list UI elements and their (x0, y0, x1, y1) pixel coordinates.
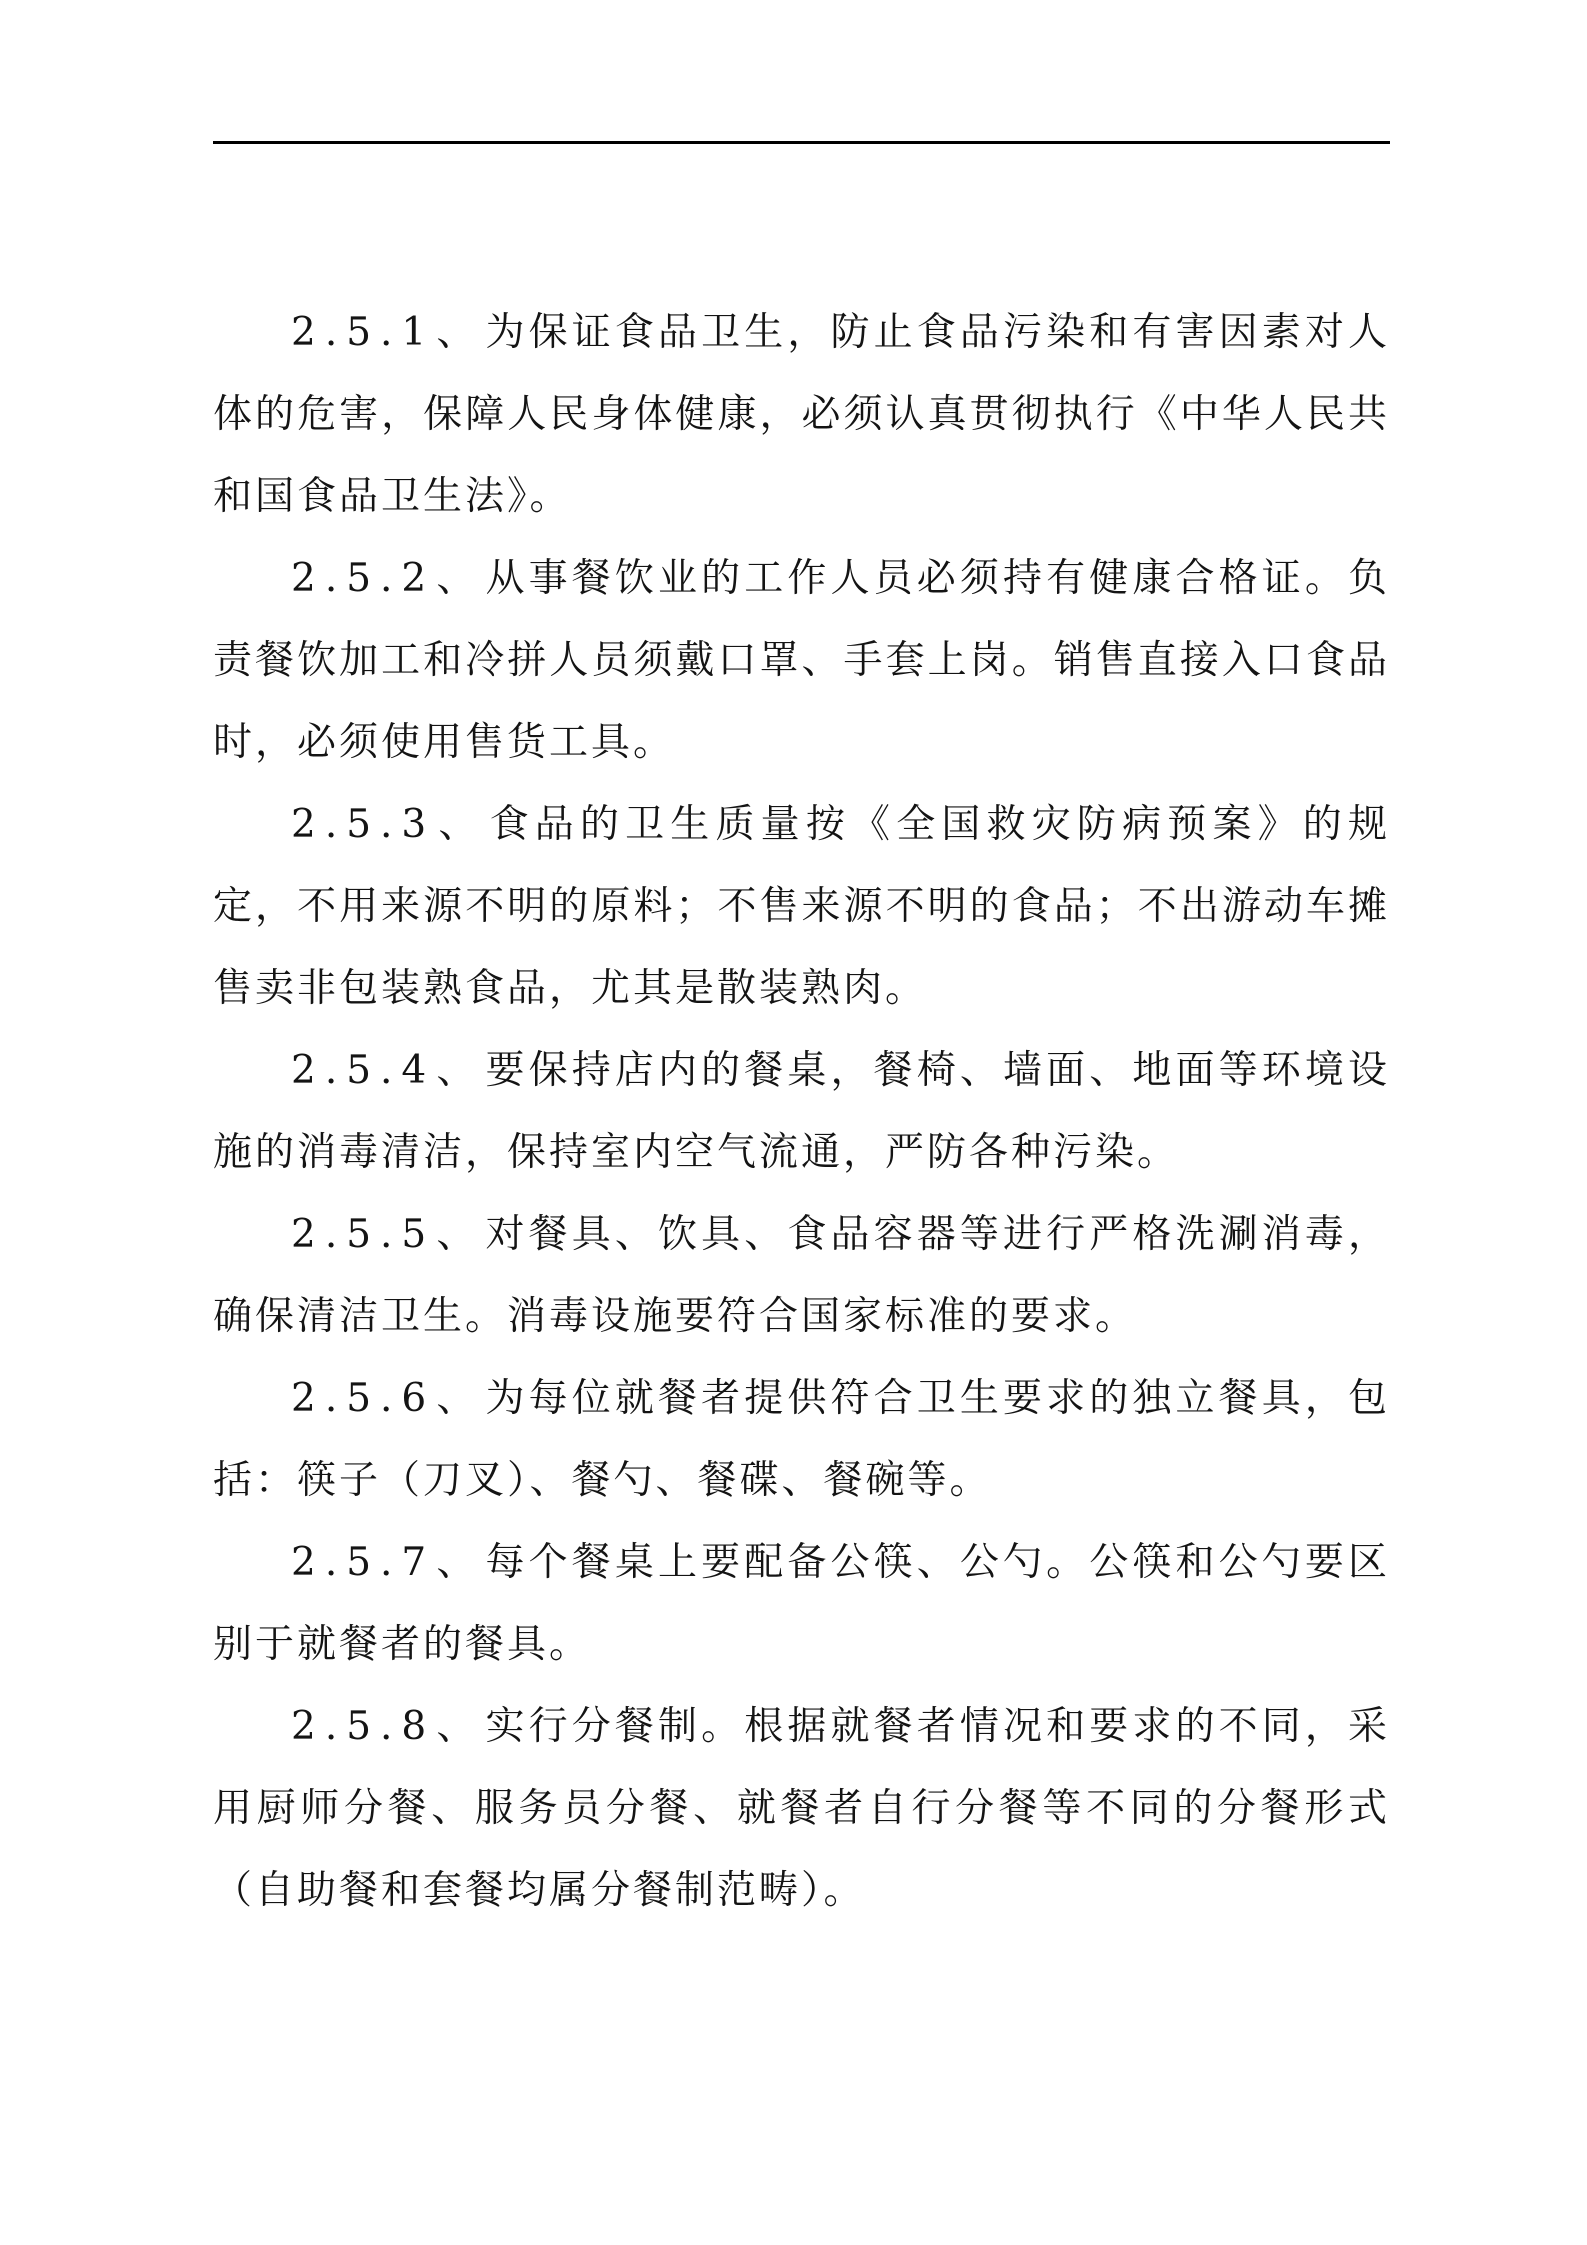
paragraph-2-5-7: 2.5.7、每个餐桌上要配备公筷、公勺。公筷和公勺要区别于就餐者的餐具。 (213, 1522, 1390, 1686)
clause-number: 2.5.4、 (291, 1048, 485, 1093)
clause-number: 2.5.6、 (291, 1376, 485, 1421)
clause-number: 2.5.5、 (291, 1212, 485, 1257)
paragraph-2-5-3: 2.5.3、食品的卫生质量按《全国救灾防病预案》的规定，不用来源不明的原料；不售… (213, 784, 1390, 1030)
paragraph-2-5-6: 2.5.6、为每位就餐者提供符合卫生要求的独立餐具，包括：筷子（刀叉）、餐勺、餐… (213, 1358, 1390, 1522)
header-rule (213, 141, 1390, 144)
document-page: 2.5.1、为保证食品卫生，防止食品污染和有害因素对人体的危害，保障人民身体健康… (0, 0, 1587, 2245)
clause-number: 2.5.1、 (291, 310, 485, 355)
clause-number: 2.5.8、 (291, 1704, 485, 1749)
clause-number: 2.5.3、 (291, 802, 490, 847)
paragraph-2-5-4: 2.5.4、要保持店内的餐桌，餐椅、墙面、地面等环境设施的消毒清洁，保持室内空气… (213, 1030, 1390, 1194)
clause-number: 2.5.7、 (291, 1540, 485, 1585)
paragraph-2-5-8: 2.5.8、实行分餐制。根据就餐者情况和要求的不同，采用厨师分餐、服务员分餐、就… (213, 1686, 1390, 1932)
paragraph-2-5-2: 2.5.2、从事餐饮业的工作人员必须持有健康合格证。负责餐饮加工和冷拼人员须戴口… (213, 538, 1390, 784)
paragraph-2-5-5: 2.5.5、对餐具、饮具、食品容器等进行严格洗涮消毒，确保清洁卫生。消毒设施要符… (213, 1194, 1390, 1358)
document-body: 2.5.1、为保证食品卫生，防止食品污染和有害因素对人体的危害，保障人民身体健康… (213, 292, 1390, 1932)
clause-number: 2.5.2、 (291, 556, 485, 601)
paragraph-2-5-1: 2.5.1、为保证食品卫生，防止食品污染和有害因素对人体的危害，保障人民身体健康… (213, 292, 1390, 538)
